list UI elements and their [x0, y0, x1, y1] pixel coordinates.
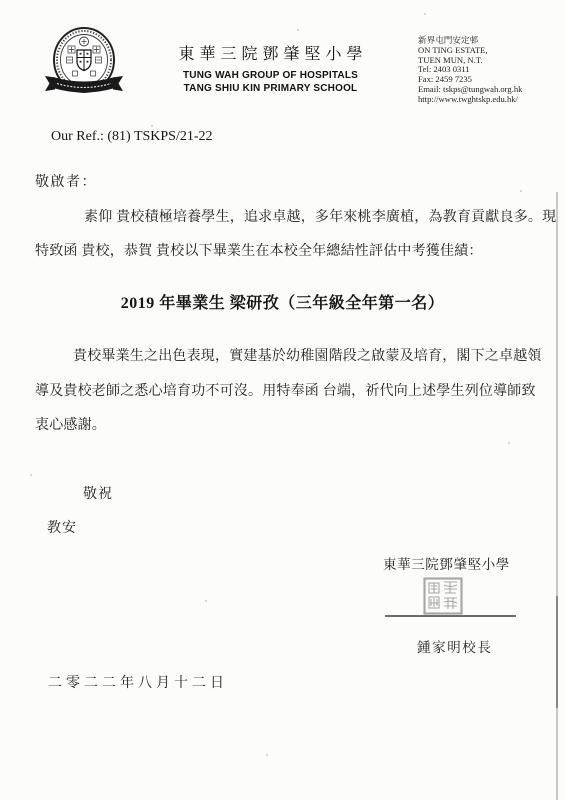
contact-website: http://www.twghtskp.edu.hk/: [418, 95, 558, 105]
paragraph2-line1: 貴校畢業生之出色表現，實建基於幼稚園階段之啟蒙及培育，閣下之卓越領: [73, 345, 542, 365]
closing-regards: 教安: [47, 517, 77, 537]
principal-seal-stamp-icon: [423, 577, 463, 615]
reference-number: Our Ref.: (81) TSKPS/21-22: [51, 129, 213, 145]
signature-organization: 東華三院鄧肇堅小學: [383, 553, 510, 573]
letter-date: 二零二二年八月十二日: [48, 672, 228, 692]
scan-speckle: [508, 442, 510, 444]
graduate-achievement-highlight: 2019 年畢業生 梁研孜（三年級全年第一名）: [0, 290, 565, 313]
closing-blessing: 敬祝: [83, 483, 113, 503]
scan-speckle: [151, 125, 153, 127]
scan-speckle: [520, 190, 522, 192]
paragraph2-line2: 導及貴校老師之悉心培育功不可沒。用特奉函 台端，祈代向上述學生列位導師致: [35, 380, 536, 400]
salutation: 敬啟者：: [35, 171, 97, 191]
signatory-name: 鍾家明校長: [417, 636, 493, 656]
signature-line: [385, 615, 516, 617]
school-title-block: 東華三院鄧肇堅小學 TUNG WAH GROUP OF HOSPITALS TA…: [163, 41, 378, 95]
school-name-zh: 東華三院鄧肇堅小學: [168, 41, 378, 64]
scan-speckle: [424, 13, 426, 15]
school-crest-icon: [44, 26, 124, 104]
school-name-en-line2: TANG SHIU KIN PRIMARY SCHOOL: [163, 83, 378, 96]
scan-speckle: [266, 754, 268, 756]
scan-edge-artifact-dark: [556, 596, 558, 708]
paragraph2-line3: 衷心感謝。: [35, 414, 106, 434]
paragraph1-line2: 特致函 貴校，恭賀 貴校以下畢業生在本校全年總結性評估中考獲佳績：: [35, 240, 483, 260]
contact-block: 新界屯門安定邨 ON TING ESTATE, TUEN MUN, N.T. T…: [418, 36, 558, 105]
scan-edge-artifact: [556, 192, 558, 800]
paragraph1-line1: 素仰 貴校積極培養學生，追求卓越，多年來桃李廣植，為教育貢獻良多。現: [84, 206, 556, 226]
scanned-letter-page: 東華三院鄧肇堅小學 TUNG WAH GROUP OF HOSPITALS TA…: [0, 0, 565, 800]
scan-speckle: [205, 600, 207, 602]
school-name-en-line1: TUNG WAH GROUP OF HOSPITALS: [163, 70, 378, 83]
scan-speckle: [297, 29, 299, 31]
scan-speckle: [30, 474, 32, 476]
